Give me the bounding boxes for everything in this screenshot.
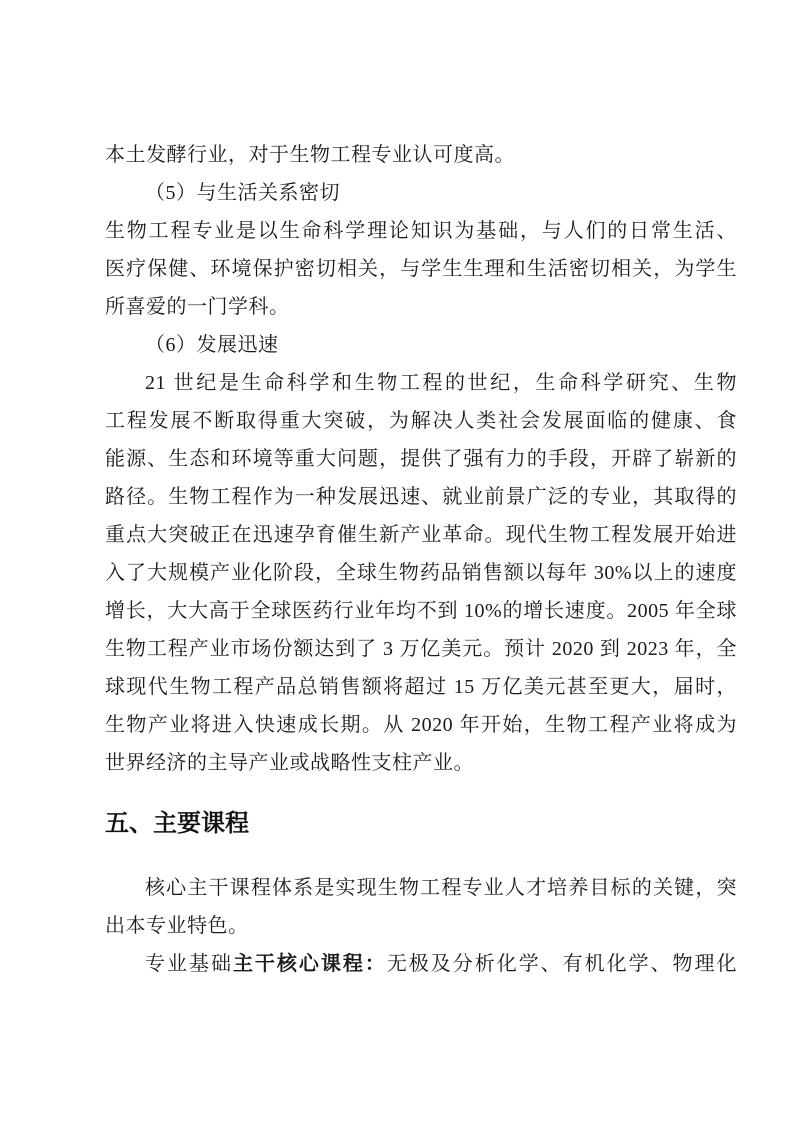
text-line: （6）发展迅速 <box>105 326 737 364</box>
text-line: 本土发酵行业，对于生物工程专业认可度高。 <box>105 136 737 174</box>
text-run: 球现代生物工程产品总销售额将超过 15 万亿美元甚至更大，届时， <box>105 676 737 698</box>
text-run: 世界经济的主导产业或战略性支柱产业。 <box>105 752 474 774</box>
text-run: 所喜爱的一门学科。 <box>105 296 290 318</box>
text-line: 球现代生物工程产品总销售额将超过 15 万亿美元甚至更大，届时， <box>105 668 737 706</box>
text-run: 路径。生物工程作为一种发展迅速、就业前景广泛的专业，其取得的 <box>105 486 737 508</box>
text-line: 路径。生物工程作为一种发展迅速、就业前景广泛的专业，其取得的 <box>105 478 737 516</box>
text-run: 工程发展不断取得重大突破，为解决人类社会发展面临的健康、食品、 <box>105 410 737 440</box>
text-run: 能源、生态和环境等重大问题，提供了强有力的手段，开辟了崭新的 <box>105 448 737 470</box>
text-run: 本土发酵行业，对于生物工程专业认可度高。 <box>105 144 515 166</box>
text-line: 核心主干课程体系是实现生物工程专业人才培养目标的关键，突 <box>105 869 737 907</box>
text-line: 入了大规模产业化阶段，全球生物药品销售额以每年 30%以上的速度 <box>105 554 737 592</box>
text-run: 出本专业特色。 <box>105 915 249 937</box>
text-line: 医疗保健、环境保护密切相关，与学生生理和生活密切相关，为学生 <box>105 250 737 288</box>
text-run: 重点大突破正在迅速孕育催生新产业革命。现代生物工程发展开始进 <box>105 524 737 546</box>
text-block-bottom: 核心主干课程体系是实现生物工程专业人才培养目标的关键，突出本专业特色。专业基础主… <box>105 869 737 983</box>
text-run: 入了大规模产业化阶段，全球生物药品销售额以每年 30%以上的速度 <box>105 562 737 584</box>
text-line: 世界经济的主导产业或战略性支柱产业。 <box>105 744 737 782</box>
text-block-top: 本土发酵行业，对于生物工程专业认可度高。（5）与生活关系密切生物工程专业是以生命… <box>105 136 737 782</box>
text-run: 核心主干课程体系是实现生物工程专业人才培养目标的关键，突 <box>145 877 737 899</box>
text-line: 生物产业将进入快速成长期。从 2020 年开始，生物工程产业将成为 <box>105 706 737 744</box>
text-line: 工程发展不断取得重大突破，为解决人类社会发展面临的健康、食品、 <box>105 402 737 440</box>
text-line: 21 世纪是生命科学和生物工程的世纪，生命科学研究、生物 <box>105 364 737 402</box>
text-line: 生物工程产业市场份额达到了 3 万亿美元。预计 2020 到 2023 年，全 <box>105 630 737 668</box>
text-line: 生物工程专业是以生命科学理论知识为基础，与人们的日常生活、 <box>105 212 737 250</box>
document-page: 本土发酵行业，对于生物工程专业认可度高。（5）与生活关系密切生物工程专业是以生命… <box>0 0 793 1122</box>
text-run: （5）与生活关系密切 <box>145 182 340 204</box>
text-run: 增长，大大高于全球医药行业年均不到 10%的增长速度。2005 年全球 <box>105 600 737 622</box>
text-line: 专业基础主干核心课程：无极及分析化学、有机化学、物理化学、 <box>105 945 737 983</box>
text-run: 生物工程专业是以生命科学理论知识为基础，与人们的日常生活、 <box>105 220 737 242</box>
text-line: 所喜爱的一门学科。 <box>105 288 737 326</box>
text-line: 增长，大大高于全球医药行业年均不到 10%的增长速度。2005 年全球 <box>105 592 737 630</box>
text-run: 专业基础 <box>145 953 233 975</box>
text-run: 生物产业将进入快速成长期。从 2020 年开始，生物工程产业将成为 <box>105 714 737 736</box>
bold-text-run: 主干核心课程： <box>233 953 387 975</box>
text-run: 生物工程产业市场份额达到了 3 万亿美元。预计 2020 到 2023 年，全 <box>105 638 737 660</box>
text-line: 出本专业特色。 <box>105 907 737 945</box>
text-line: （5）与生活关系密切 <box>105 174 737 212</box>
section-heading: 五、主要课程 <box>105 806 737 842</box>
text-line: 重点大突破正在迅速孕育催生新产业革命。现代生物工程发展开始进 <box>105 516 737 554</box>
text-run: 21 世纪是生命科学和生物工程的世纪，生命科学研究、生物 <box>145 372 737 394</box>
text-run: （6）发展迅速 <box>145 334 279 356</box>
text-run: 医疗保健、环境保护密切相关，与学生生理和生活密切相关，为学生 <box>105 258 737 280</box>
text-line: 能源、生态和环境等重大问题，提供了强有力的手段，开辟了崭新的 <box>105 440 737 478</box>
